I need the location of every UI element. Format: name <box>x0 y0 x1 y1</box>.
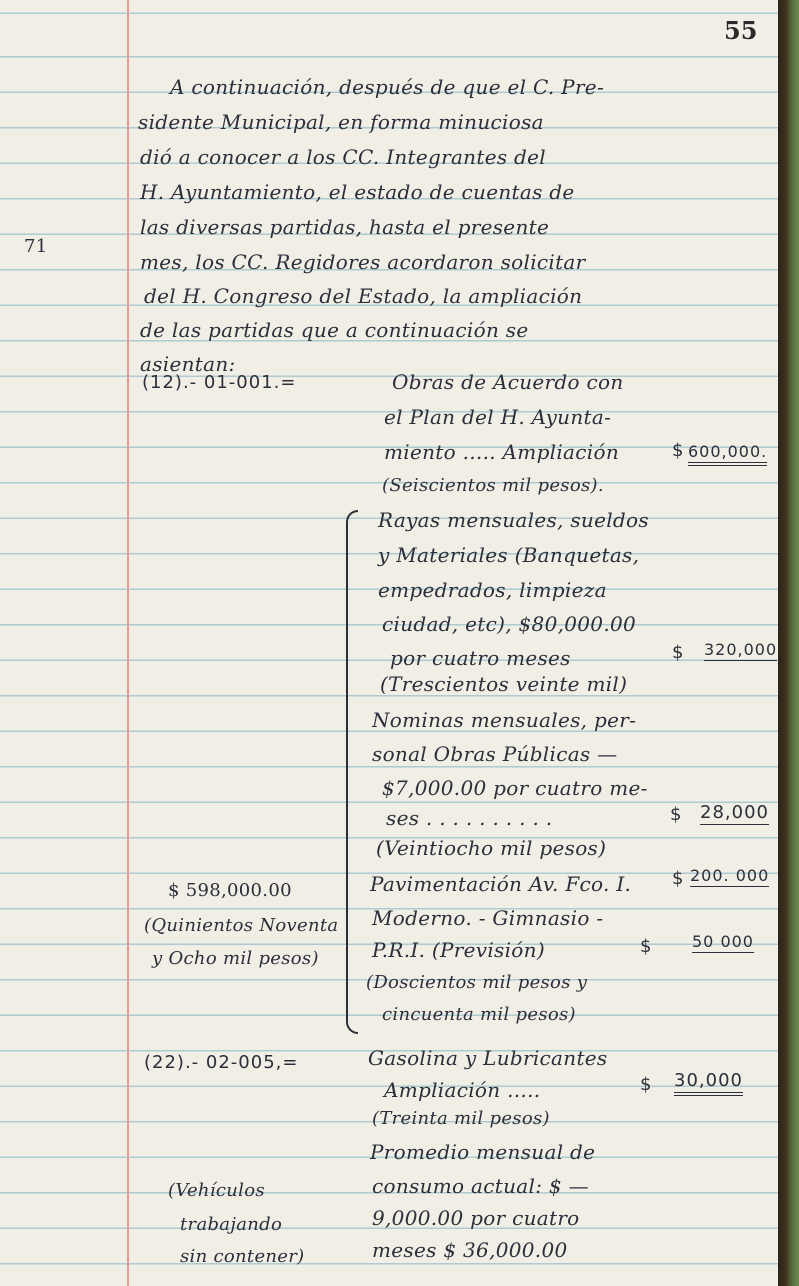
note-line: Promedio mensual de <box>370 1140 595 1164</box>
item-line: P.R.I. (Previsión) <box>372 938 545 962</box>
entry-line: Ampliación ..... <box>384 1078 540 1102</box>
entry-code: (22).- 02-005,= <box>144 1052 298 1073</box>
intro-line: del H. Congreso del Estado, la ampliació… <box>144 284 582 308</box>
breakdown-total-words: y Ocho mil pesos) <box>152 948 319 969</box>
entry-code: (12).- 01-001.= <box>142 372 296 393</box>
item-line: Nominas mensuales, per- <box>372 708 636 732</box>
intro-line: A continuación, después de que el C. Pre… <box>170 75 604 99</box>
item-line: por cuatro meses <box>390 646 571 670</box>
item-line: ses . . . . . . . . . . <box>386 806 552 830</box>
intro-line: H. Ayuntamiento, el estado de cuentas de <box>140 180 575 204</box>
intro-line: mes, los CC. Regidores acordaron solicit… <box>140 250 586 274</box>
note-line: meses $ 36,000.00 <box>372 1238 568 1262</box>
item-amount: 50 000 <box>692 932 754 953</box>
item-line: $7,000.00 por cuatro me- <box>382 776 648 800</box>
entry-line: el Plan del H. Ayunta- <box>384 405 611 429</box>
note-line: consumo actual: $ — <box>372 1174 589 1198</box>
intro-line: de las partidas que a continuación se <box>140 318 528 342</box>
amount-in-words: cincuenta mil pesos) <box>382 1004 576 1025</box>
intro-line: las diversas partidas, hasta el presente <box>140 215 549 239</box>
amount-in-words: (Seiscientos mil pesos). <box>382 475 604 496</box>
item-line: empedrados, limpieza <box>378 578 607 602</box>
currency-sign: $ <box>672 440 684 461</box>
currency-sign: $ <box>672 642 684 663</box>
amount-in-words: (Trescientos veinte mil) <box>380 672 627 696</box>
note-line: 9,000.00 por cuatro <box>372 1206 580 1230</box>
currency-sign: $ <box>640 1074 652 1095</box>
red-margin-line <box>127 0 129 1286</box>
amount-in-words: (Treinta mil pesos) <box>372 1108 550 1129</box>
item-line: sonal Obras Públicas — <box>372 742 617 766</box>
item-line: ciudad, etc), $80,000.00 <box>382 612 636 636</box>
breakdown-total-amount: $ 598,000.00 <box>168 880 292 901</box>
entry-line: miento ..... Ampliación <box>384 440 619 464</box>
item-line: Rayas mensuales, sueldos <box>378 508 649 532</box>
page-number: 55 <box>724 16 757 45</box>
book-spine-edge <box>778 0 799 1286</box>
notebook-page: 55 71 A continuación, después de que el … <box>0 0 778 1286</box>
entry-line: Gasolina y Lubricantes <box>368 1046 607 1070</box>
grouping-brace <box>346 510 358 1034</box>
item-amount: 28,000 <box>700 802 769 825</box>
entry-amount: 600,000. <box>688 442 767 466</box>
amount-in-words: (Veintiocho mil pesos) <box>376 836 606 860</box>
entry-line: Obras de Acuerdo con <box>392 370 624 394</box>
intro-line: dió a conocer a los CC. Integrantes del <box>140 145 546 169</box>
intro-line: sidente Municipal, en forma minuciosa <box>138 110 544 134</box>
item-amount: 200. 000 <box>690 866 769 887</box>
currency-sign: $ <box>672 868 684 889</box>
side-note-line: (Vehículos <box>168 1180 265 1201</box>
amount-in-words: (Doscientos mil pesos y <box>366 972 587 993</box>
currency-sign: $ <box>640 936 652 957</box>
currency-sign: $ <box>670 804 682 825</box>
entry-amount: 30,000 <box>674 1070 743 1096</box>
item-line: y Materiales (Banquetas, <box>378 543 639 567</box>
item-amount: 320,000 <box>704 640 777 661</box>
item-line: Moderno. - Gimnasio - <box>372 906 603 930</box>
item-line: Pavimentación Av. Fco. I. <box>370 872 631 896</box>
margin-note-number: 71 <box>24 236 48 257</box>
side-note-line: sin contener) <box>180 1246 304 1267</box>
side-note-line: trabajando <box>180 1214 282 1235</box>
breakdown-total-words: (Quinientos Noventa <box>144 915 338 936</box>
